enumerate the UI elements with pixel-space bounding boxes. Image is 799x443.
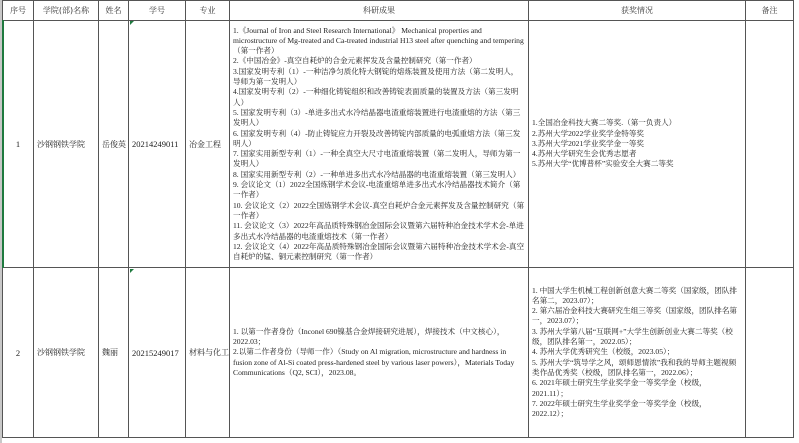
research-item: 6. 国家发明专利（4）-防止铸锭应力开裂及改善铸锭内部质量的电弧重熔方法（第三… — [233, 129, 525, 150]
research-item: 12. 会议论文（4）2022年高品质特殊钢冶金国际会议暨第六届特种冶金技术学术… — [233, 242, 525, 263]
award-item: 5. 苏州大学“筑导学之风，颂师恩情浓”我和我的导师主题视频类作品优秀奖（校级，… — [532, 358, 742, 379]
cell-student-id[interactable]: 20214249011 — [129, 21, 186, 268]
award-item: 4. 苏州大学优秀研究生（校级，2023.05）； — [532, 347, 742, 357]
table-row: 2 沙钢钢铁学院 魏丽 20215249017 材料与化工 1. 以第一作者身份… — [3, 268, 794, 438]
research-item: 9. 会议论文（1）2022全国炼钢学术会议-电渣重熔单进多出式水冷结晶器技术简… — [233, 180, 525, 201]
cell-remark[interactable] — [746, 268, 794, 438]
cell-school[interactable]: 沙钢钢铁学院 — [34, 268, 99, 438]
research-item: 2.以第二作者身份（导师一作）（Study on Al migration, m… — [233, 347, 525, 378]
research-item: 1.《Journal of Iron and Steel Research In… — [233, 26, 525, 57]
cell-name[interactable]: 魏丽 — [99, 268, 129, 438]
award-item: 1. 中国大学生机械工程创新创意大赛二等奖（国家级，团队排名第二，2023.07… — [532, 286, 742, 307]
cell-remark[interactable] — [746, 21, 794, 268]
award-item: 5.苏州大学“优博普杯”实验安全大赛二等奖 — [532, 159, 742, 169]
header-major[interactable]: 专业 — [186, 1, 230, 21]
research-item: 3.国家发明专利（1）-一种洁净匀质化特大钢锭的熔炼装置及使用方法（第二发明人，… — [233, 67, 525, 88]
award-item: 2. 第六届冶金科技大赛研究生组三等奖（国家级，团队排名第一，2023.07）； — [532, 306, 742, 327]
award-item: 1.全国冶金科技大赛二等奖.（第一负责人） — [532, 118, 742, 128]
comment-marker-icon — [130, 269, 134, 273]
cell-awards[interactable]: 1.全国冶金科技大赛二等奖.（第一负责人） 2.苏州大学2022学业奖学金特等奖… — [529, 21, 746, 268]
cell-student-id[interactable]: 20215249017 — [129, 268, 186, 438]
research-item: 1. 以第一作者身份（Inconel 690镍基合金焊接研究进展），焊接技术（中… — [233, 327, 525, 348]
comment-marker-icon — [130, 21, 134, 25]
award-item: 3.苏州大学2021学业奖学金一等奖 — [532, 139, 742, 149]
award-item: 6. 2021年硕士研究生学业奖学金一等奖学金（校级，2021.11）； — [532, 378, 742, 399]
cell-school[interactable]: 沙钢钢铁学院 — [34, 21, 99, 268]
cell-name[interactable]: 岳俊英 — [99, 21, 129, 268]
header-name[interactable]: 姓名 — [99, 1, 129, 21]
research-item: 8. 国家实用新型专利（2）-一种单进多出式水冷结晶器的电渣重熔装置（第三发明人… — [233, 170, 525, 180]
cell-index[interactable]: 1 — [3, 21, 34, 268]
research-item: 11. 会议论文（3）2022年高品质特殊钢冶金国际会议暨第六届特种冶金技术学术… — [233, 221, 525, 242]
research-item: 4.国家发明专利（2）-一种细化铸锭组织和改善铸锭表面质量的装置及方法（第三发明… — [233, 87, 525, 108]
header-school[interactable]: 学院(部)名称 — [34, 1, 99, 21]
research-item: 7. 国家实用新型专利（1）-一种全真空大尺寸电渣重熔装置（第二发明人，导师为第… — [233, 149, 525, 170]
header-index[interactable]: 序号 — [3, 1, 34, 21]
header-research[interactable]: 科研成果 — [230, 1, 529, 21]
research-item: 2.《中国冶金》-真空自耗炉的合金元素挥发及含量控制研究（第一作者） — [233, 56, 525, 66]
cell-research[interactable]: 1. 以第一作者身份（Inconel 690镍基合金焊接研究进展），焊接技术（中… — [230, 268, 529, 438]
student-achievements-table: 序号 学院(部)名称 姓名 学号 专业 科研成果 获奖情况 备注 1 沙钢钢铁学… — [2, 0, 794, 438]
research-item: 10. 会议论文（2）2022全国炼钢学术会议-真空自耗炉合金元素挥发及含量控制… — [233, 201, 525, 222]
award-item: 4.苏州大学研究生会优秀志愿者 — [532, 149, 742, 159]
award-item: 3. 苏州大学第八届“互联网+”大学生创新创业大赛二等奖（校级，团队排名第一，2… — [532, 327, 742, 348]
research-item: 5. 国家发明专利（3）-单进多出式水冷结晶器电渣重熔装置进行电渣重熔的方法（第… — [233, 108, 525, 129]
header-row: 序号 学院(部)名称 姓名 学号 专业 科研成果 获奖情况 备注 — [3, 1, 794, 21]
cell-index[interactable]: 2 — [3, 268, 34, 438]
header-remark[interactable]: 备注 — [746, 1, 794, 21]
cell-major[interactable]: 冶金工程 — [186, 21, 230, 268]
header-student-id[interactable]: 学号 — [129, 1, 186, 21]
cell-awards[interactable]: 1. 中国大学生机械工程创新创意大赛二等奖（国家级，团队排名第二，2023.07… — [529, 268, 746, 438]
award-item: 7. 2022年硕士研究生学业奖学金一等奖学金（校级，2022.12）； — [532, 399, 742, 420]
cell-major[interactable]: 材料与化工 — [186, 268, 230, 438]
header-awards[interactable]: 获奖情况 — [529, 1, 746, 21]
selected-cell-indicator — [2, 20, 4, 268]
award-item: 2.苏州大学2022学业奖学金特等奖 — [532, 129, 742, 139]
table-row: 1 沙钢钢铁学院 岳俊英 20214249011 冶金工程 1.《Journal… — [3, 21, 794, 268]
cell-research[interactable]: 1.《Journal of Iron and Steel Research In… — [230, 21, 529, 268]
